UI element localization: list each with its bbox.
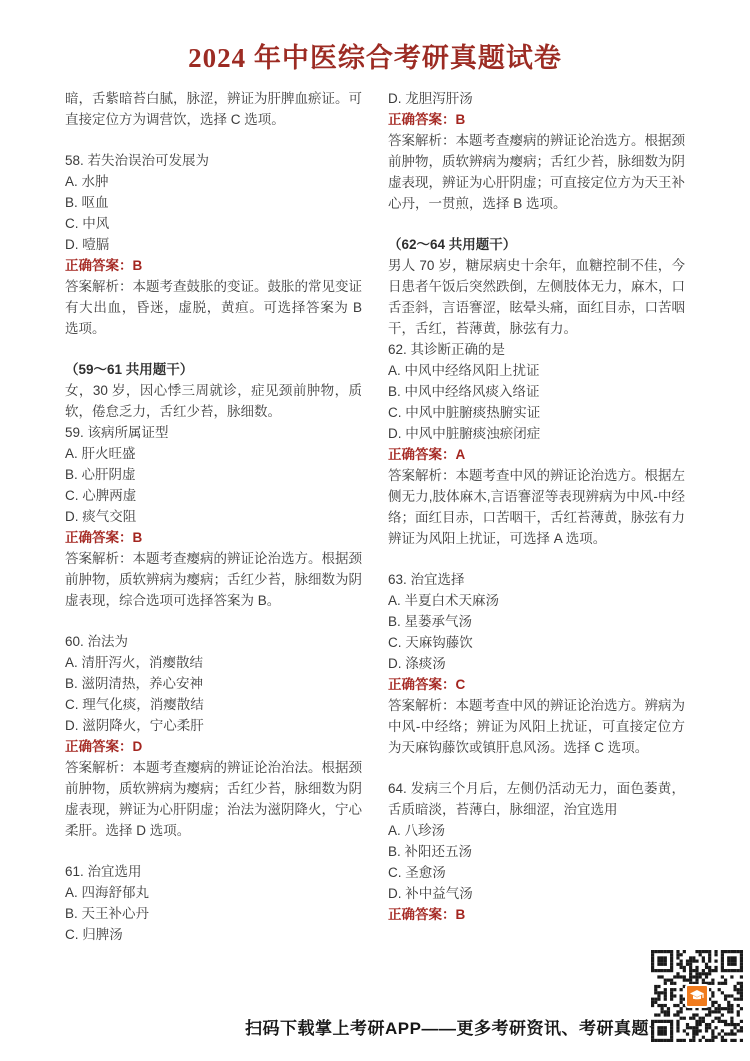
block-gap bbox=[65, 130, 362, 150]
block-gap bbox=[65, 339, 362, 359]
block-gap bbox=[65, 841, 362, 861]
section-header: （59～61 共用题干） bbox=[65, 359, 362, 380]
option: C. 圣愈汤 bbox=[388, 862, 685, 883]
paragraph: 男人 70 岁，糖尿病史十余年，血糖控制不佳，今日患者午饭后突然跌倒，左侧肢体无… bbox=[388, 255, 685, 339]
option: C. 理气化痰，消瘿散结 bbox=[65, 694, 362, 715]
paragraph: 58. 若失治误治可发展为 bbox=[65, 150, 362, 171]
option: C. 心脾两虚 bbox=[65, 485, 362, 506]
paragraph: 答案解析：本题考查中风的辨证论治选方。辨病为中风-中经络；辨证为风阳上扰证，可直… bbox=[388, 695, 685, 758]
app-logo-icon bbox=[685, 984, 709, 1008]
paragraph: 60. 治法为 bbox=[65, 631, 362, 652]
option: C. 天麻钩藤饮 bbox=[388, 632, 685, 653]
footer-slogan: 扫码下载掌上考研APP——更多考研资讯、考研真题一键获取 bbox=[245, 1014, 719, 1039]
answer-line: 正确答案：B bbox=[65, 255, 362, 276]
paragraph: 64. 发病三个月后，左侧仍活动无力，面色萎黄，舌质暗淡，苔薄白，脉细涩，治宜选… bbox=[388, 778, 685, 820]
paragraph: 答案解析：本题考查鼓胀的变证。鼓胀的常见变证有大出血，昏迷，虚脱，黄疸。可选择答… bbox=[65, 276, 362, 339]
paragraph: 女，30 岁，因心悸三周就诊，症见颈前肿物，质软，倦怠乏力，舌红少苔，脉细数。 bbox=[65, 380, 362, 422]
graduation-cap-icon bbox=[689, 988, 705, 1004]
paragraph: 答案解析：本题考查瘿病的辨证论治选方。根据颈前肿物，质软辨病为瘿病；舌红少苔，脉… bbox=[388, 130, 685, 214]
option: C. 中风 bbox=[65, 213, 362, 234]
paragraph: 61. 治宜选用 bbox=[65, 861, 362, 882]
answer-line: 正确答案：B bbox=[65, 527, 362, 548]
answer-line: 正确答案：B bbox=[388, 109, 685, 130]
option: D. 中风中脏腑痰浊瘀闭症 bbox=[388, 423, 685, 444]
block-gap bbox=[388, 758, 685, 778]
option: D. 补中益气汤 bbox=[388, 883, 685, 904]
option: B. 心肝阴虚 bbox=[65, 464, 362, 485]
option: D. 涤痰汤 bbox=[388, 653, 685, 674]
answer-line: 正确答案：A bbox=[388, 444, 685, 465]
block-gap bbox=[388, 549, 685, 569]
page-title: 2024 年中医综合考研真题试卷 bbox=[0, 36, 750, 75]
paragraph: 59. 该病所属证型 bbox=[65, 422, 362, 443]
answer-line: 正确答案：C bbox=[388, 674, 685, 695]
option: A. 八珍汤 bbox=[388, 820, 685, 841]
option: C. 中风中脏腑痰热腑实证 bbox=[388, 402, 685, 423]
option: A. 四海舒郁丸 bbox=[65, 882, 362, 903]
paragraph: 62. 其诊断正确的是 bbox=[388, 339, 685, 360]
option: B. 补阳还五汤 bbox=[388, 841, 685, 862]
option: B. 呕血 bbox=[65, 192, 362, 213]
option: D. 痰气交阻 bbox=[65, 506, 362, 527]
section-header: （62～64 共用题干） bbox=[388, 234, 685, 255]
option: B. 星蒌承气汤 bbox=[388, 611, 685, 632]
right-column: D. 龙胆泻肝汤正确答案：B答案解析：本题考查瘿病的辨证论治选方。根据颈前肿物，… bbox=[388, 88, 685, 945]
option: A. 清肝泻火，消瘿散结 bbox=[65, 652, 362, 673]
paragraph: 答案解析：本题考查中风的辨证论治选方。根据左侧无力,肢体麻木,言语謇涩等表现辨病… bbox=[388, 465, 685, 549]
option: B. 滋阴清热，养心安神 bbox=[65, 673, 362, 694]
paragraph: 答案解析：本题考查瘿病的辨证论治治法。根据颈前肿物，质软辨病为瘿病；舌红少苔，脉… bbox=[65, 757, 362, 841]
option: D. 龙胆泻肝汤 bbox=[388, 88, 685, 109]
option: A. 肝火旺盛 bbox=[65, 443, 362, 464]
option: B. 中风中经络风痰入络证 bbox=[388, 381, 685, 402]
paragraph: 暗，舌紫暗苔白腻，脉涩，辨证为肝脾血瘀证。可直接定位方为调营饮，选择 C 选项。 bbox=[65, 88, 362, 130]
qr-code bbox=[651, 950, 743, 1042]
option: C. 归脾汤 bbox=[65, 924, 362, 945]
option: D. 噎膈 bbox=[65, 234, 362, 255]
paragraph: 答案解析：本题考查瘿病的辨证论治选方。根据颈前肿物，质软辨病为瘿病；舌红少苔，脉… bbox=[65, 548, 362, 611]
option: A. 水肿 bbox=[65, 171, 362, 192]
option: A. 半夏白术天麻汤 bbox=[388, 590, 685, 611]
block-gap bbox=[65, 611, 362, 631]
option: D. 滋阴降火，宁心柔肝 bbox=[65, 715, 362, 736]
content-columns: 暗，舌紫暗苔白腻，脉涩，辨证为肝脾血瘀证。可直接定位方为调营饮，选择 C 选项。… bbox=[65, 88, 685, 945]
option: B. 天王补心丹 bbox=[65, 903, 362, 924]
option: A. 中风中经络风阳上扰证 bbox=[388, 360, 685, 381]
block-gap bbox=[388, 214, 685, 234]
paragraph: 63. 治宜选择 bbox=[388, 569, 685, 590]
left-column: 暗，舌紫暗苔白腻，脉涩，辨证为肝脾血瘀证。可直接定位方为调营饮，选择 C 选项。… bbox=[65, 88, 362, 945]
answer-line: 正确答案：D bbox=[65, 736, 362, 757]
exam-paper-page: 2024 年中医综合考研真题试卷 暗，舌紫暗苔白腻，脉涩，辨证为肝脾血瘀证。可直… bbox=[0, 0, 750, 1061]
answer-line: 正确答案：B bbox=[388, 904, 685, 925]
